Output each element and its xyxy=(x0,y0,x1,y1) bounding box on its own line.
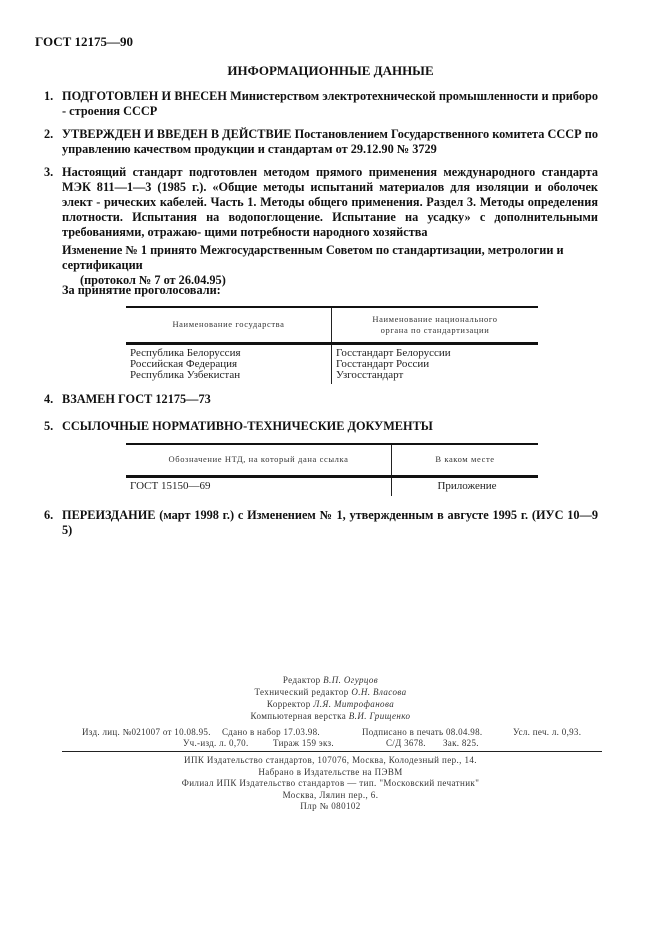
imprint-order: Зак. 825. xyxy=(443,738,479,748)
item-text: ССЫЛОЧНЫЕ НОРМАТИВНО-ТЕХНИЧЕСКИЕ ДОКУМЕН… xyxy=(62,419,433,433)
table-row: ГОСТ 15150—69 Приложение xyxy=(126,476,538,496)
body-cell: Госстандарт Белоруссии xyxy=(332,343,539,359)
ref-table-header-place: В каком месте xyxy=(392,444,539,476)
publisher-line: Москва, Лялин пер., 6. xyxy=(0,790,661,802)
imprint-signed: Подписано в печать 08.04.98. xyxy=(362,727,482,737)
imprint-sd: С/Д 3678. xyxy=(386,738,426,748)
change-line-1: Изменение № 1 принято Межгосударственным… xyxy=(62,243,564,272)
info-item-4: 4. ВЗАМЕН ГОСТ 12175—73 xyxy=(62,392,598,407)
place-cell: Приложение xyxy=(392,476,539,496)
divider xyxy=(62,751,602,752)
table-row: Республика Узбекистан Узгосстандарт xyxy=(126,370,538,384)
item-number: 5. xyxy=(44,419,53,434)
credits: Редактор В.П. Огурцов Технический редакт… xyxy=(0,674,661,722)
imprint-license: Изд. лиц. №021007 от 10.08.95. xyxy=(82,727,211,737)
reference-table: Обозначение НТД, на который дана ссылка … xyxy=(126,443,538,496)
info-item-6: 6. ПЕРЕИЗДАНИЕ (март 1998 г.) с Изменени… xyxy=(62,508,598,538)
table-row: Российская Федерация Госстандарт России xyxy=(126,359,538,370)
voted-label: За принятие проголосовали: xyxy=(62,283,221,298)
state-cell: Российская Федерация xyxy=(126,359,332,370)
change-note: Изменение № 1 принято Межгосударственным… xyxy=(62,243,602,288)
item-keyword: УТВЕРЖДЕН И ВВЕДЕН В ДЕЙСТВИЕ xyxy=(62,127,291,141)
info-item-2: 2. УТВЕРЖДЕН И ВВЕДЕН В ДЕЙСТВИЕ Постано… xyxy=(62,127,598,157)
credit-line: Компьютерная верстка В.И. Грищенко xyxy=(0,710,661,722)
publisher-line: ИПК Издательство стандартов, 107076, Мос… xyxy=(0,755,661,767)
body-cell: Узгосстандарт xyxy=(332,370,539,384)
item-keyword: ПОДГОТОВЛЕН И ВНЕСЕН xyxy=(62,89,227,103)
info-item-3: 3. Настоящий стандарт подготовлен методо… xyxy=(62,165,598,240)
item-number: 6. xyxy=(44,508,53,523)
vote-table: Наименование государства Наименование на… xyxy=(126,306,538,384)
info-item-1: 1. ПОДГОТОВЛЕН И ВНЕСЕН Министерством эл… xyxy=(62,89,598,119)
item-number: 3. xyxy=(44,165,53,180)
info-item-5: 5. ССЫЛОЧНЫЕ НОРМАТИВНО-ТЕХНИЧЕСКИЕ ДОКУ… xyxy=(62,419,598,434)
item-number: 4. xyxy=(44,392,53,407)
item-keyword: ПЕРЕИЗДАНИЕ xyxy=(62,508,155,522)
body-cell: Госстандарт России xyxy=(332,359,539,370)
imprint-circulation: Тираж 159 экз. xyxy=(273,738,334,748)
imprint-typeset: Сдано в набор 17.03.98. xyxy=(222,727,320,737)
vote-table-header-state: Наименование государства xyxy=(126,307,332,343)
publisher-line: Филиал ИПК Издательство стандартов — тип… xyxy=(0,778,661,790)
document-code: ГОСТ 12175—90 xyxy=(35,34,133,50)
imprint-edit-sheets: Уч.-изд. л. 0,70. xyxy=(183,738,249,748)
item-number: 1. xyxy=(44,89,53,104)
publisher-line: Набрано в Издательстве на ПЭВМ xyxy=(0,767,661,779)
item-text: Настоящий стандарт подготовлен методом п… xyxy=(62,165,598,239)
table-row: Республика Белоруссия Госстандарт Белору… xyxy=(126,343,538,359)
state-cell: Республика Белоруссия xyxy=(126,343,332,359)
ref-table-header-designation: Обозначение НТД, на который дана ссылка xyxy=(126,444,392,476)
publisher-line: Плр № 080102 xyxy=(0,801,661,813)
designation-cell: ГОСТ 15150—69 xyxy=(126,476,392,496)
page-title: ИНФОРМАЦИОННЫЕ ДАННЫЕ xyxy=(0,63,661,79)
state-cell: Республика Узбекистан xyxy=(126,370,332,384)
credit-line: Редактор В.П. Огурцов xyxy=(0,674,661,686)
item-text: ВЗАМЕН ГОСТ 12175—73 xyxy=(62,392,211,406)
credit-line: Корректор Л.Я. Митрофанова xyxy=(0,698,661,710)
item-number: 2. xyxy=(44,127,53,142)
vote-table-header-body: Наименование национального органа по ста… xyxy=(332,307,539,343)
publisher-info: ИПК Издательство стандартов, 107076, Мос… xyxy=(0,755,661,813)
credit-line: Технический редактор О.Н. Власова xyxy=(0,686,661,698)
imprint-print-sheets: Усл. печ. л. 0,93. xyxy=(513,727,581,737)
